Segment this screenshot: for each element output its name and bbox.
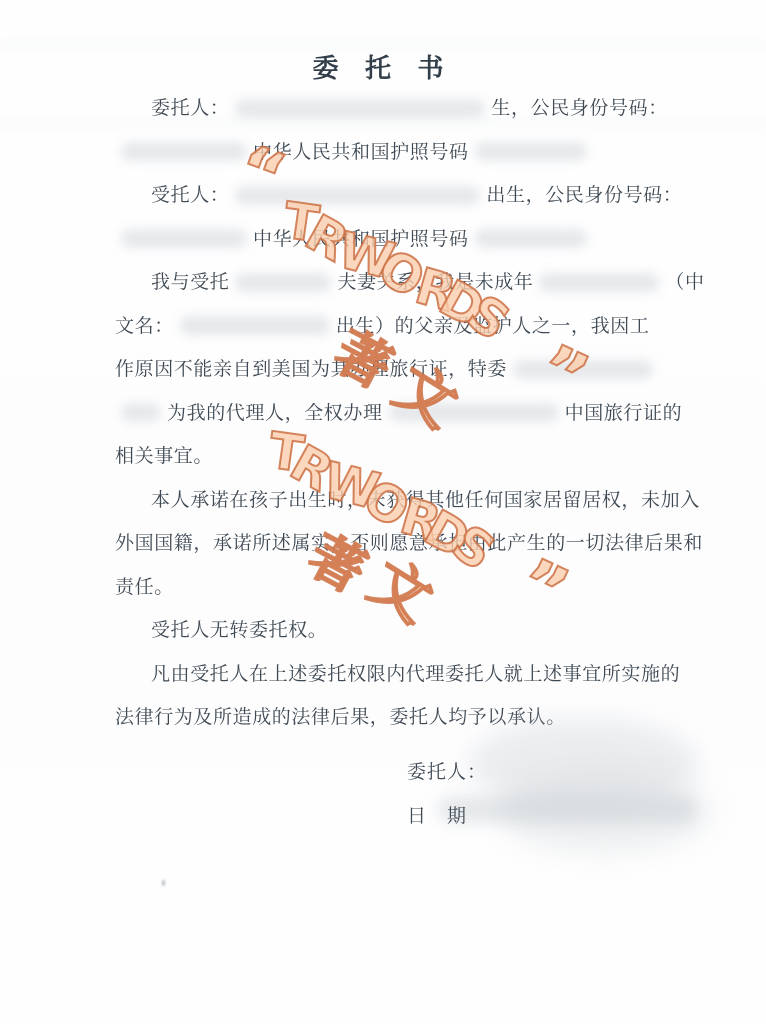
text-run: 中国旅行证的 — [565, 403, 683, 424]
text-run: 委托人： — [151, 98, 229, 119]
document-line: 文名：出生）的父亲及监护人之一，我因工 — [115, 305, 715, 349]
redacted-region — [180, 316, 330, 335]
redacted-region — [121, 229, 247, 248]
document-line: 本人承诺在孩子出生时，未获得其他任何国家居留居权，未加入 — [115, 479, 715, 523]
text-run: 我与受托 — [151, 272, 229, 293]
signature-section: 委托人： 日 期 — [407, 757, 487, 828]
document-line: 作原因不能亲自到美国为其办理旅行证，特委 — [115, 348, 715, 392]
document-line: 我与受托夫妻关系，我是未成年（中 — [115, 261, 715, 305]
text-run: 凡由受托人在上述委托权限内代理委托人就上述事宜所实施的 — [151, 664, 680, 685]
redacted-region — [389, 403, 559, 422]
redacted-region — [539, 273, 659, 292]
text-run: 中华人民共和国护照号码 — [253, 229, 469, 250]
document-line: 外国国籍，承诺所述属实，否则愿意承担由此产生的一切法律后果和 — [115, 522, 715, 566]
scan-speck — [162, 880, 165, 886]
text-run: 文名： — [115, 316, 174, 337]
text-run: 中华人民共和国护照号码 — [253, 142, 469, 163]
document-line: 委托人：生，公民身份号码： — [115, 87, 715, 131]
text-run: 受托人无转委托权。 — [151, 620, 327, 641]
document-line: 相关事宜。 — [115, 435, 715, 479]
text-run: 作原因不能亲自到美国为其办理旅行证，特委 — [115, 359, 507, 380]
text-run: 生，公民身份号码： — [491, 98, 667, 119]
document-line: 责任。 — [115, 566, 715, 610]
redacted-region — [121, 142, 247, 161]
text-run: 夫妻关系，我是未成年 — [337, 272, 533, 293]
text-run: 法律行为及所造成的法律后果，委托人均予以承认。 — [115, 707, 566, 728]
text-run: 相关事宜。 — [115, 446, 213, 467]
redacted-region — [121, 403, 161, 422]
text-run: （中 — [665, 272, 704, 293]
document-body: 委托人：生，公民身份号码：中华人民共和国护照号码受托人：出生，公民身份号码：中华… — [115, 87, 715, 740]
redacted-region — [235, 273, 331, 292]
text-run: 外国国籍，承诺所述属实，否则愿意承担由此产生的一切法律后果和 — [115, 533, 703, 554]
redacted-region — [475, 229, 587, 248]
text-run: 受托人： — [151, 185, 229, 206]
signature-label: 委托人： — [407, 757, 487, 784]
text-run: 本人承诺在孩子出生时，未获得其他任何国家居留居权，未加入 — [151, 490, 700, 511]
document-line: 受托人无转委托权。 — [115, 609, 715, 653]
redacted-region — [235, 186, 480, 205]
document-page: 委 托 书 委托人：生，公民身份号码：中华人民共和国护照号码受托人：出生，公民身… — [0, 0, 766, 1024]
document-title: 委 托 书 — [0, 48, 766, 85]
document-line: 中华人民共和国护照号码 — [115, 218, 715, 262]
text-run: 出生）的父亲及监护人之一，我因工 — [336, 316, 650, 337]
document-line: 受托人：出生，公民身份号码： — [115, 174, 715, 218]
redacted-region — [475, 142, 587, 161]
text-run: 出生，公民身份号码： — [486, 185, 682, 206]
date-label: 日 期 — [407, 801, 487, 828]
text-run: 责任。 — [115, 577, 174, 598]
text-run: 为我的代理人，全权办理 — [167, 403, 383, 424]
redacted-region — [513, 360, 653, 379]
document-line: 中华人民共和国护照号码 — [115, 131, 715, 175]
document-line: 为我的代理人，全权办理中国旅行证的 — [115, 392, 715, 436]
redacted-region — [235, 99, 485, 118]
document-line: 凡由受托人在上述委托权限内代理委托人就上述事宜所实施的 — [115, 653, 715, 697]
